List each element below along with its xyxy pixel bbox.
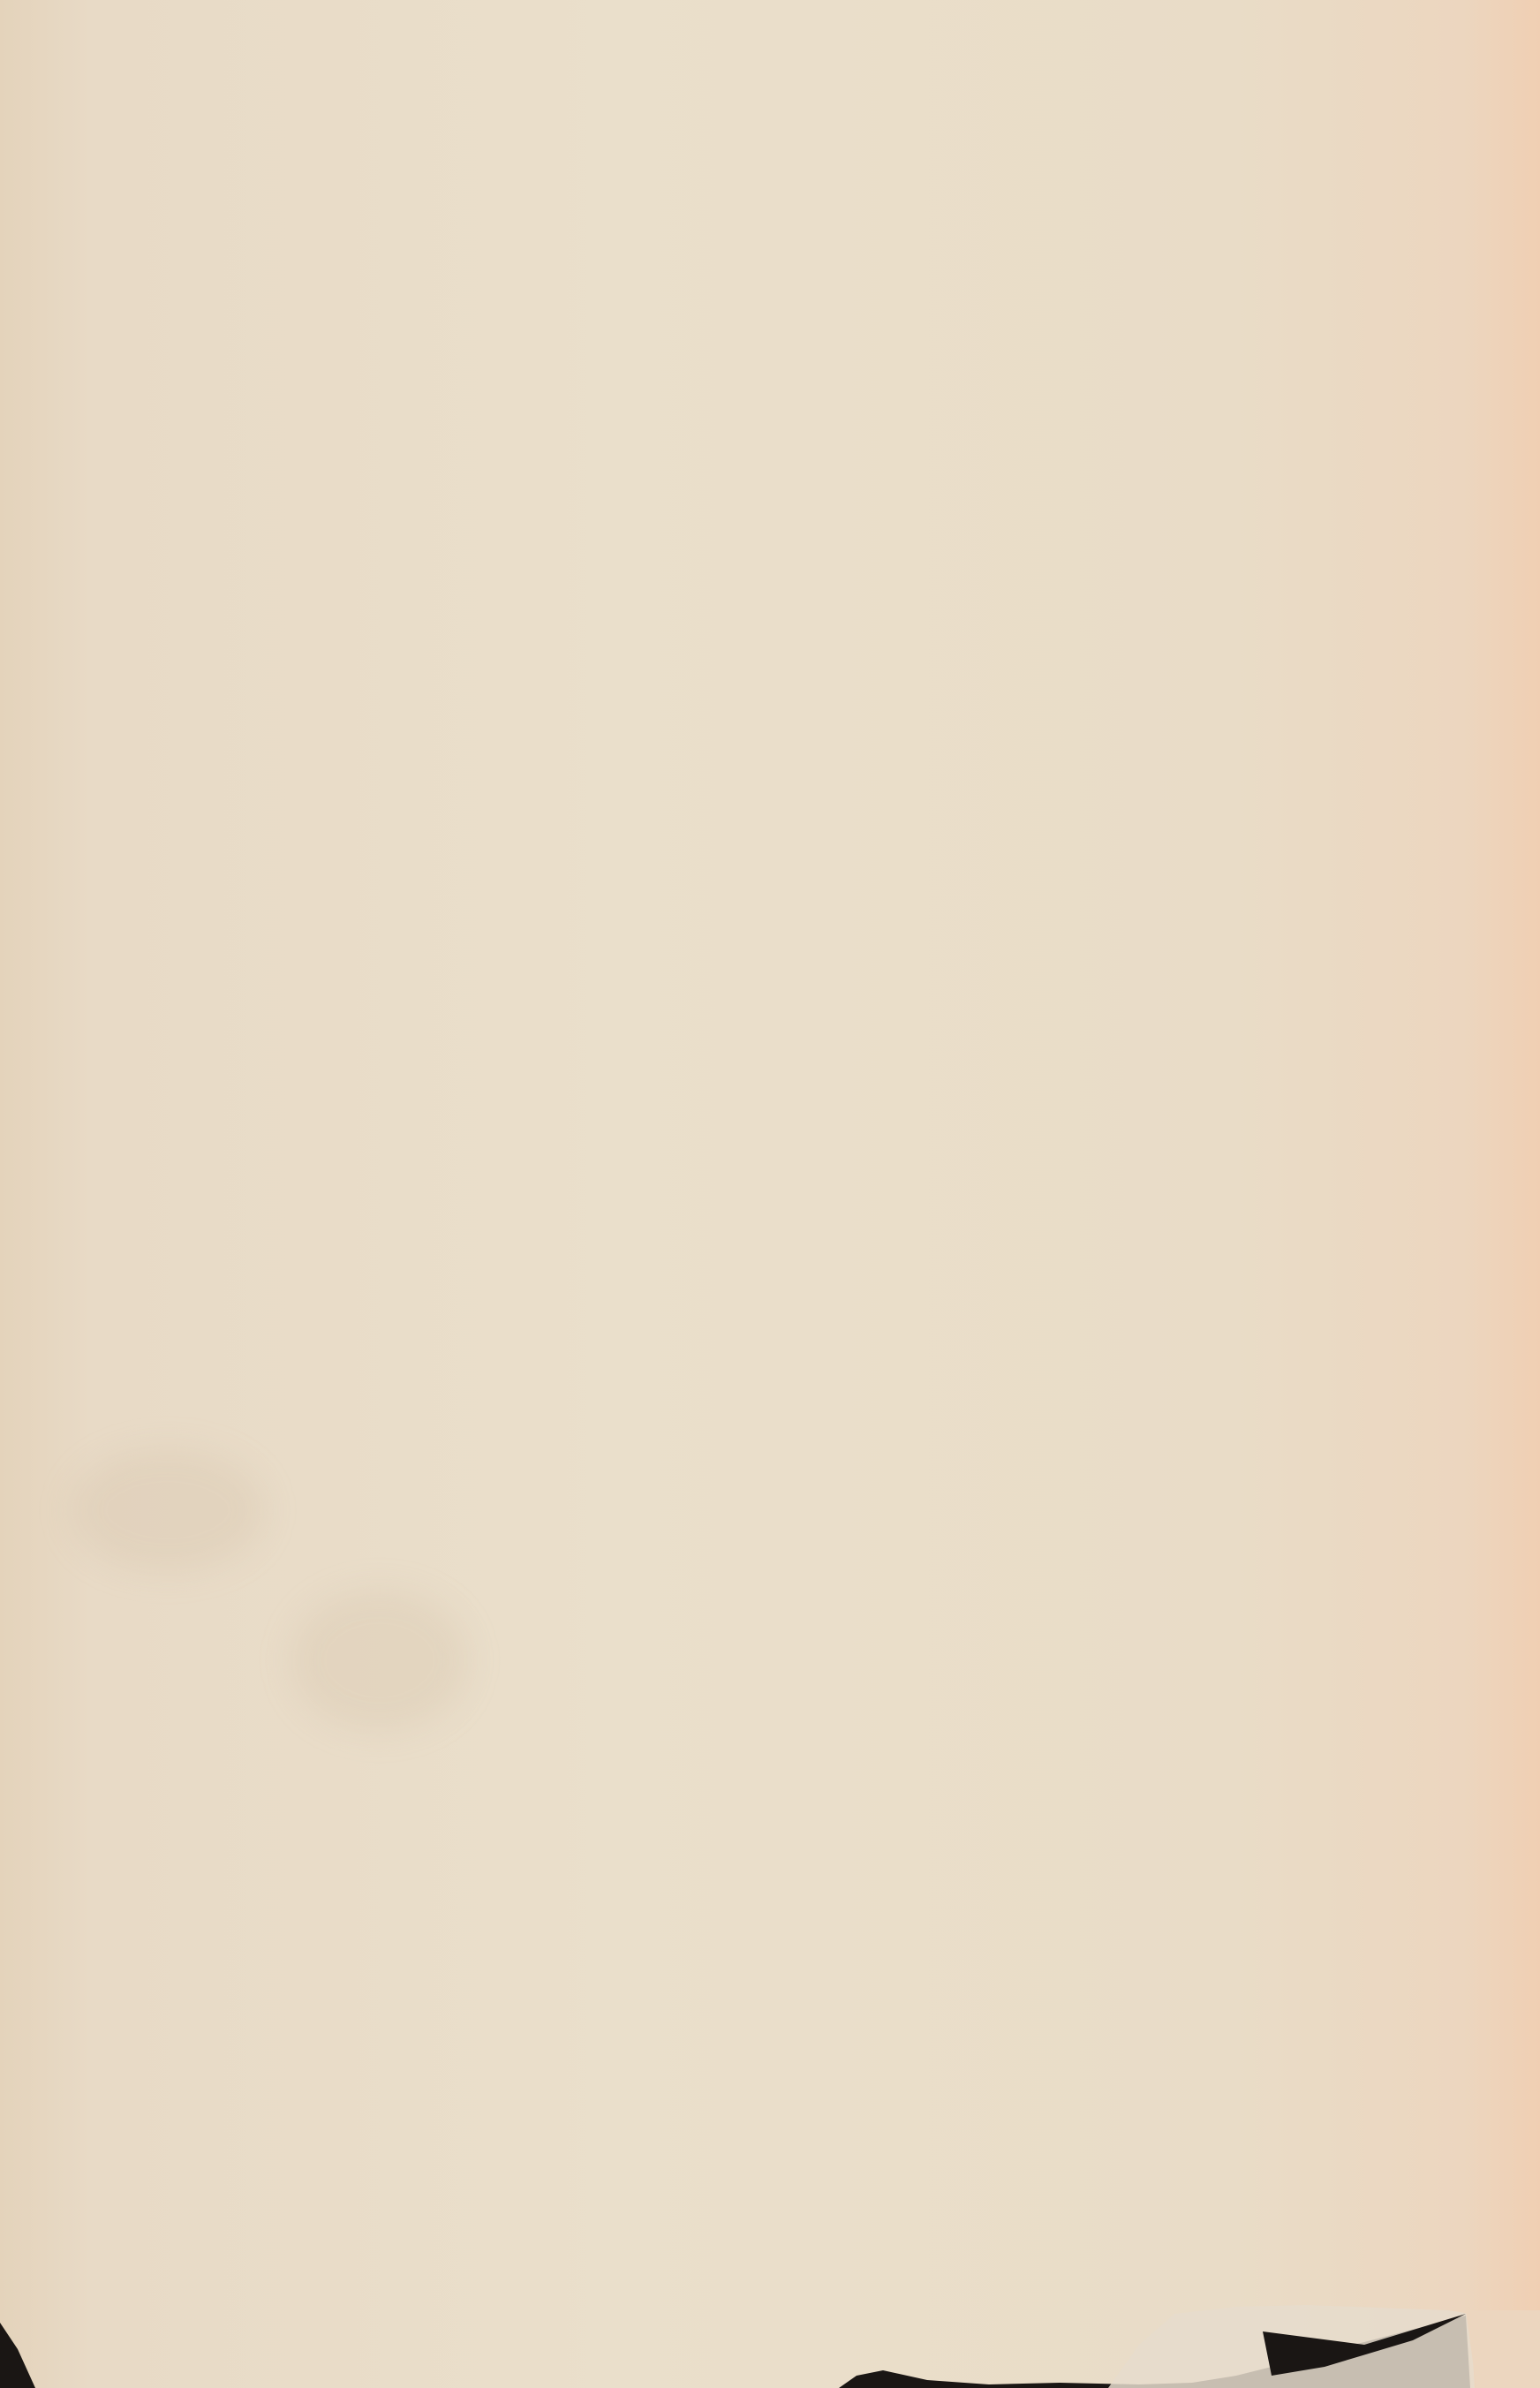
torn-bottom-edge: [0, 0, 1540, 2388]
blank-paper-page: [0, 0, 1540, 2388]
